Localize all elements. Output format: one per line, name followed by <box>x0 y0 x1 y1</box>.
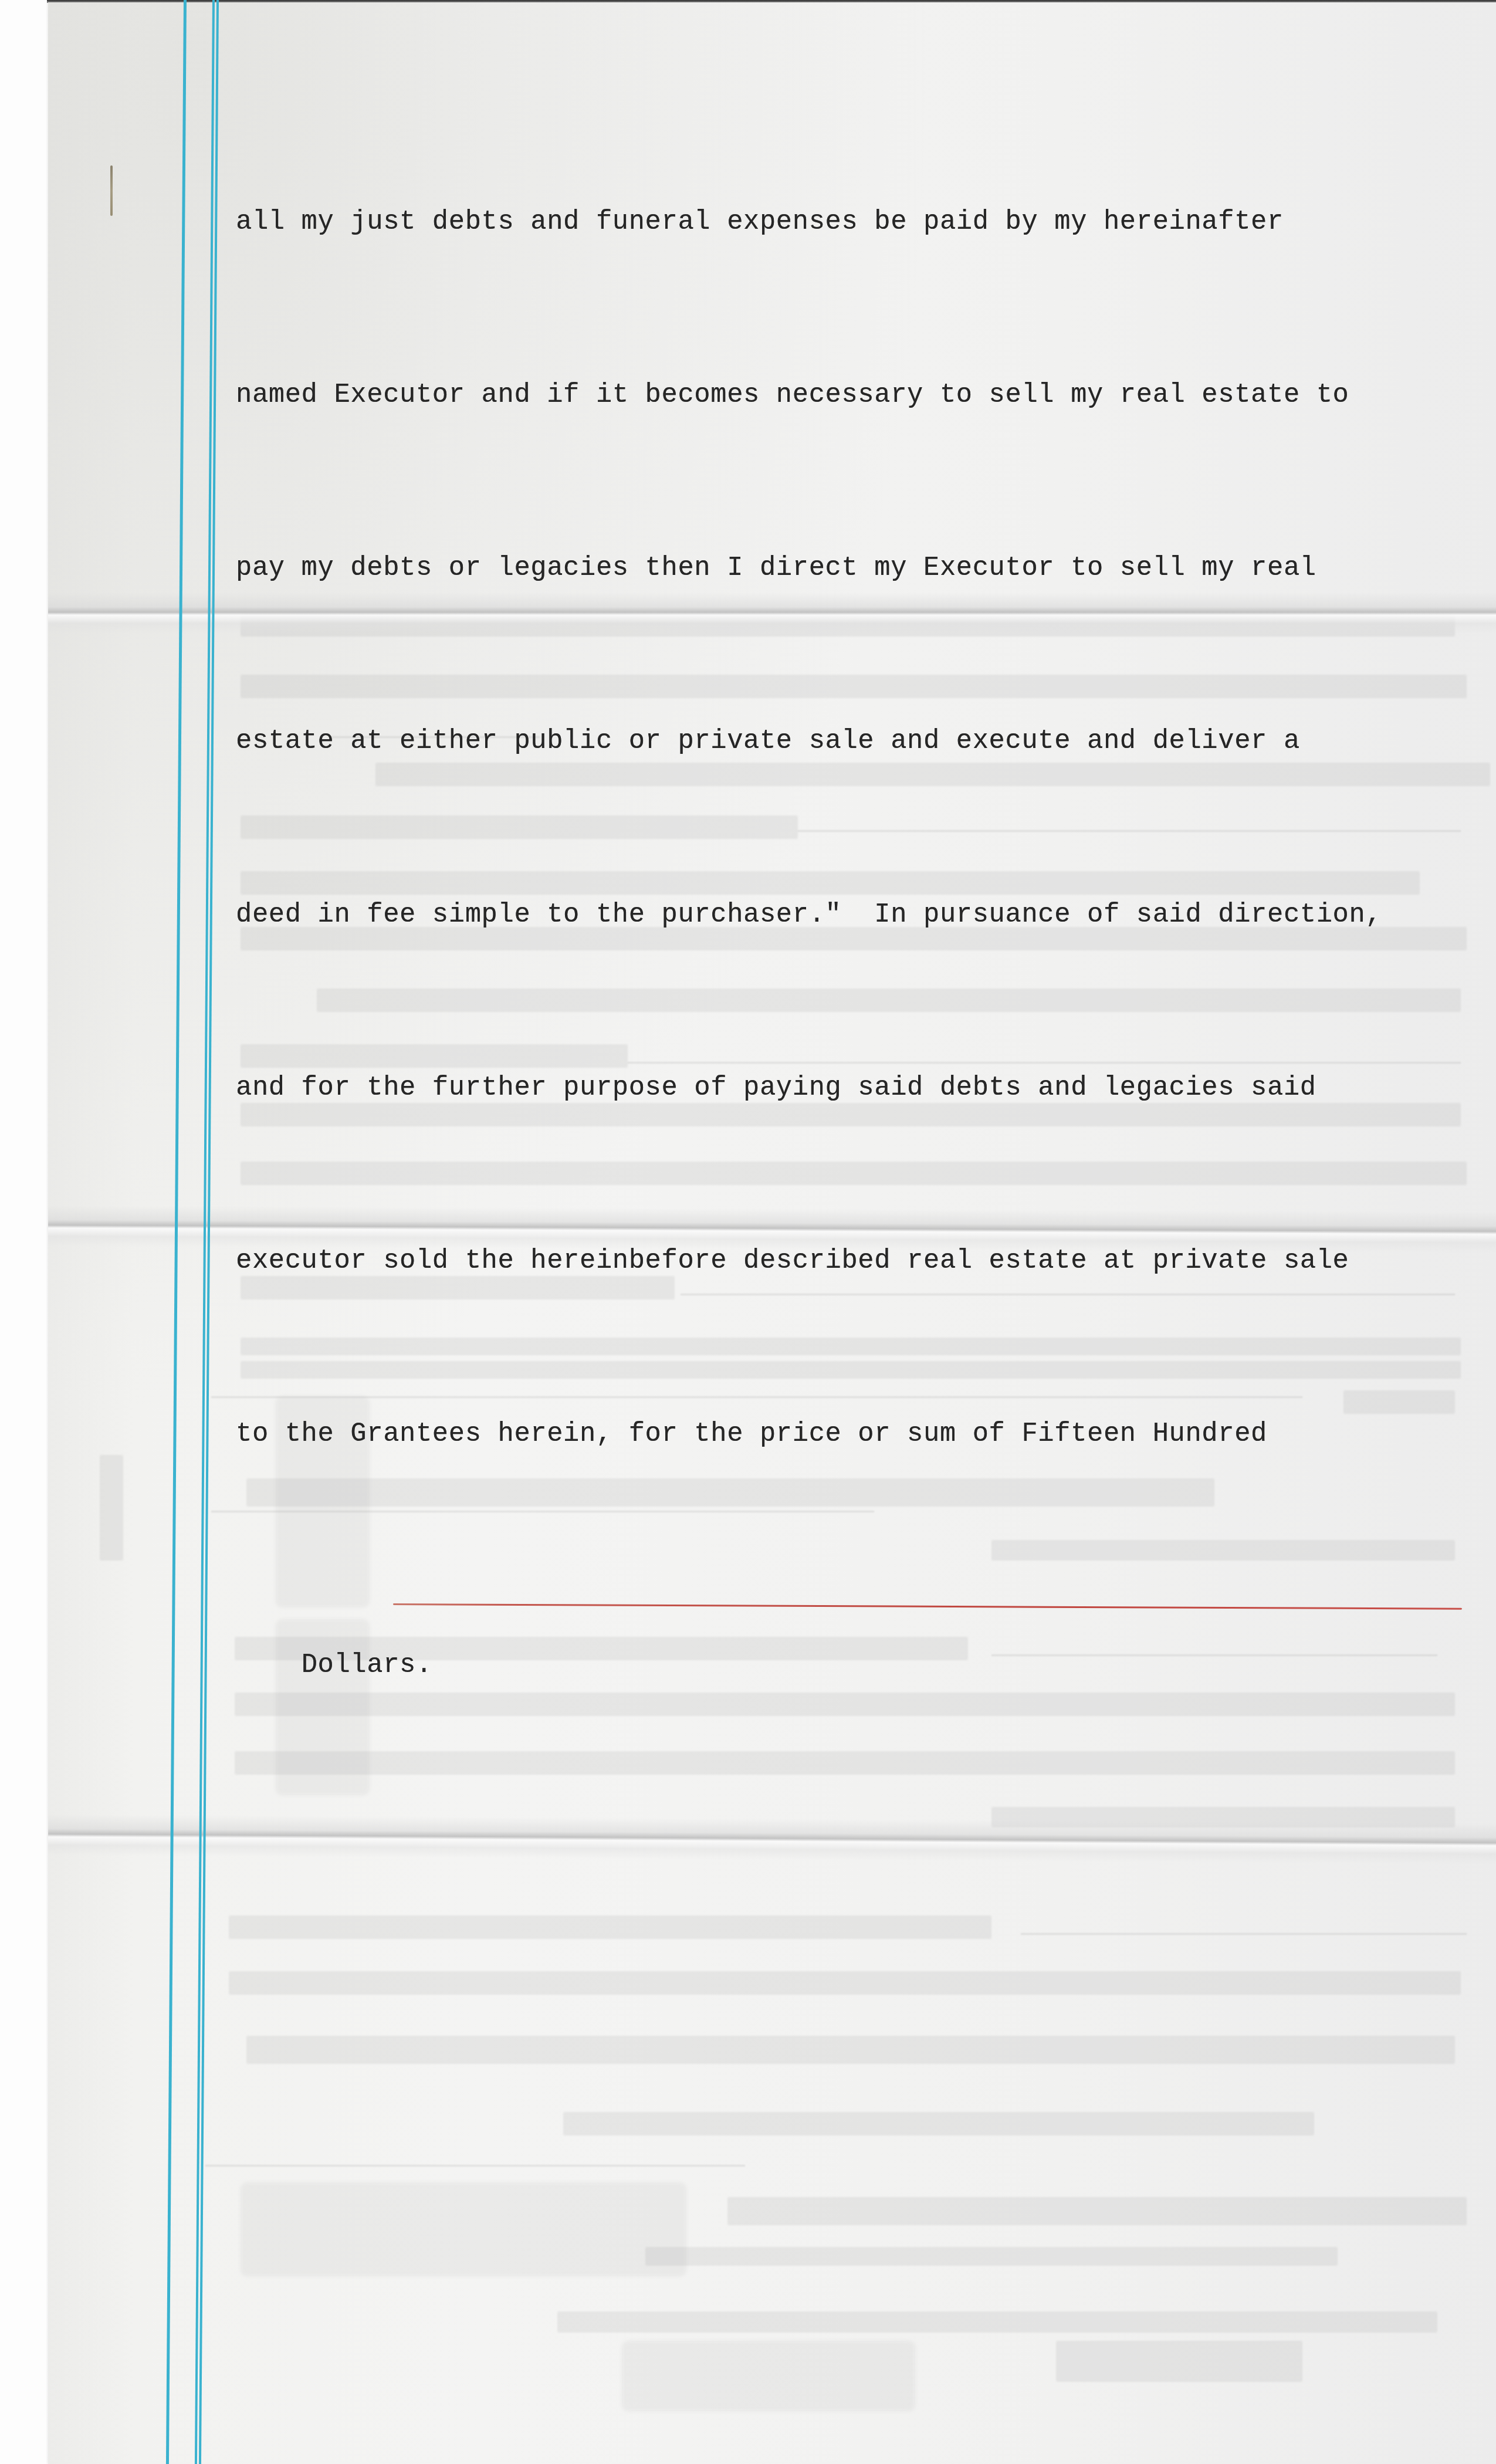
paragraph-line: deed in fee simple to the purchaser." In… <box>236 886 1491 943</box>
closing-red-rule <box>393 1603 1462 1610</box>
paragraph-line: pay my debts or legacies then I direct m… <box>236 539 1491 597</box>
paragraph-line: executor sold the hereinbefore described… <box>236 1232 1491 1289</box>
paragraph-line: and for the further purpose of paying sa… <box>236 1059 1491 1116</box>
paragraph-line: to the Grantees herein, for the price or… <box>236 1405 1491 1463</box>
deed-paragraph: all my just debts and funeral expenses b… <box>236 77 1491 1694</box>
paragraph-closing-line: Dollars. <box>236 1578 1491 1636</box>
paragraph-line: estate at either public or private sale … <box>236 712 1491 770</box>
paragraph-line: named Executor and if it becomes necessa… <box>236 366 1491 424</box>
closing-word: Dollars. <box>302 1650 432 1680</box>
ink-scratch-mark <box>110 165 113 216</box>
paragraph-line: all my just debts and funeral expenses b… <box>236 193 1491 251</box>
